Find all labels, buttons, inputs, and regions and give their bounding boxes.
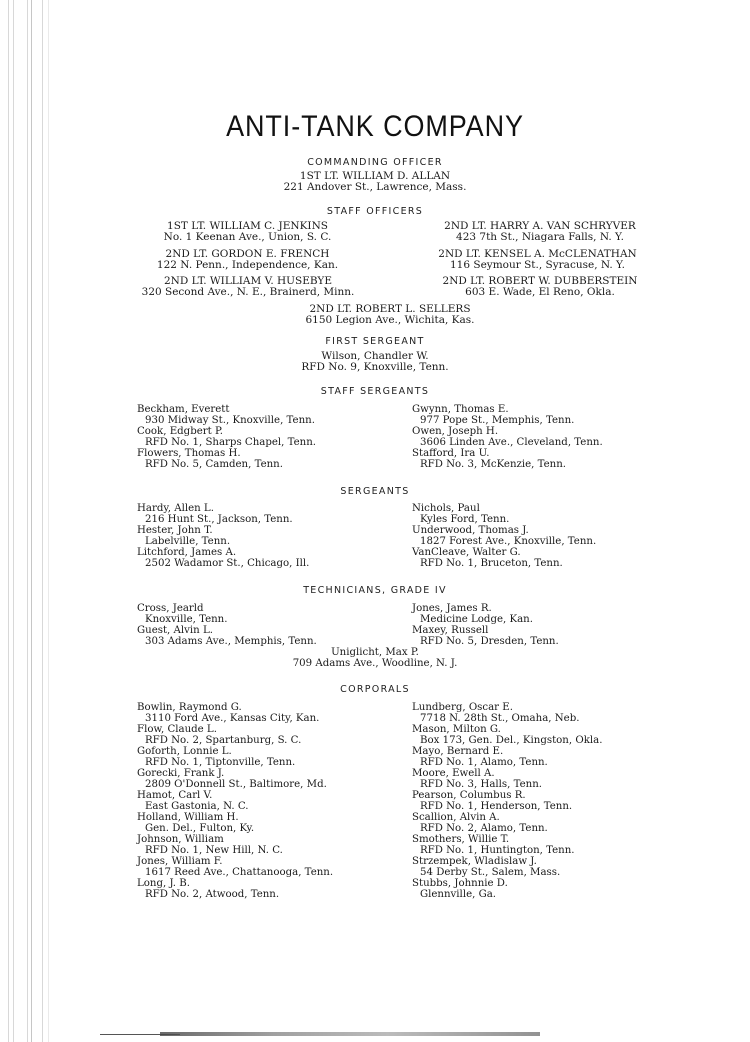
person-address: Labelville, Tenn. xyxy=(137,536,309,547)
person-name: Jones, William F. xyxy=(137,856,333,867)
person-address: 54 Derby St., Salem, Mass. xyxy=(412,867,602,878)
roster-entry: Owen, Joseph H.3606 Linden Ave., Clevela… xyxy=(412,426,603,448)
person-name: Holland, William H. xyxy=(137,812,333,823)
roster-entry: Holland, William H.Gen. Del., Fulton, Ky… xyxy=(137,812,333,834)
roster-entry: Mason, Milton G.Box 173, Gen. Del., King… xyxy=(412,724,602,746)
roster-entry: Hester, John T.Labelville, Tenn. xyxy=(137,525,309,547)
person-name: Guest, Alvin L. xyxy=(137,625,317,636)
staff-officer: 2ND LT. ROBERT W. DUBBERSTEIN 603 E. Wad… xyxy=(405,276,675,298)
person-address: 2809 O'Donnell St., Baltimore, Md. xyxy=(137,779,333,790)
person-name: Uniglicht, Max P. xyxy=(0,647,750,658)
person-address: East Gastonia, N. C. xyxy=(137,801,333,812)
person-address: Glennville, Ga. xyxy=(412,889,602,900)
person-name: Owen, Joseph H. xyxy=(412,426,603,437)
staff-officer: 2ND LT. KENSEL A. McCLENATHAN 116 Seymou… xyxy=(400,249,675,271)
officer-address: 122 N. Penn., Independence, Kan. xyxy=(130,260,365,271)
person-name: Hardy, Allen L. xyxy=(137,503,309,514)
person-name: Moore, Ewell A. xyxy=(412,768,602,779)
person-address: RFD No. 1, Bruceton, Tenn. xyxy=(412,558,596,569)
roster-entry: Gwynn, Thomas E.977 Pope St., Memphis, T… xyxy=(412,404,603,426)
roster-entry: Gorecki, Frank J.2809 O'Donnell St., Bal… xyxy=(137,768,333,790)
roster-entry: Scallion, Alvin A.RFD No. 2, Alamo, Tenn… xyxy=(412,812,602,834)
person-address: RFD No. 1, Huntington, Tenn. xyxy=(412,845,602,856)
person-address: 977 Pope St., Memphis, Tenn. xyxy=(412,415,603,426)
person-address: RFD No. 3, Halls, Tenn. xyxy=(412,779,602,790)
staff-officer: 1ST LT. WILLIAM C. JENKINS No. 1 Keenan … xyxy=(140,221,355,243)
roster-entry: Hardy, Allen L.216 Hunt St., Jackson, Te… xyxy=(137,503,309,525)
person-name: Smothers, Willie T. xyxy=(412,834,602,845)
technicians-right-column: Jones, James R.Medicine Lodge, Kan. Maxe… xyxy=(412,603,559,647)
staff-officer: 2ND LT. ROBERT L. SELLERS 6150 Legion Av… xyxy=(0,304,750,326)
person-address: Box 173, Gen. Del., Kingston, Okla. xyxy=(412,735,602,746)
person-name: Litchford, James A. xyxy=(137,547,309,558)
person-address: 709 Adams Ave., Woodline, N. J. xyxy=(0,658,750,669)
roster-entry: Smothers, Willie T.RFD No. 1, Huntington… xyxy=(412,834,602,856)
person-address: RFD No. 1, Tiptonville, Tenn. xyxy=(137,757,333,768)
officer-address: 221 Andover St., Lawrence, Mass. xyxy=(0,182,750,193)
roster-entry: Cross, JearldKnoxville, Tenn. xyxy=(137,603,317,625)
officer-address: 320 Second Ave., N. E., Brainerd, Minn. xyxy=(128,287,368,298)
roster-entry: Beckham, Everett930 Midway St., Knoxvill… xyxy=(137,404,316,426)
person-name: Cook, Edgbert P. xyxy=(137,426,316,437)
section-heading-corporals: CORPORALS xyxy=(0,684,750,695)
person-name: Mason, Milton G. xyxy=(412,724,602,735)
corporals-right-column: Lundberg, Oscar E.7718 N. 28th St., Omah… xyxy=(412,702,602,900)
roster-entry: Pearson, Columbus R.RFD No. 1, Henderson… xyxy=(412,790,602,812)
staff-sergeants-right-column: Gwynn, Thomas E.977 Pope St., Memphis, T… xyxy=(412,404,603,470)
person-address: RFD No. 9, Knoxville, Tenn. xyxy=(0,362,750,373)
person-address: RFD No. 2, Spartanburg, S. C. xyxy=(137,735,333,746)
person-name: Maxey, Russell xyxy=(412,625,559,636)
person-name: VanCleave, Walter G. xyxy=(412,547,596,558)
person-name: Stafford, Ira U. xyxy=(412,448,603,459)
officer-address: 6150 Legion Ave., Wichita, Kas. xyxy=(0,315,750,326)
person-address: Kyles Ford, Tenn. xyxy=(412,514,596,525)
person-address: 2502 Wadamor St., Chicago, Ill. xyxy=(137,558,309,569)
person-name: Underwood, Thomas J. xyxy=(412,525,596,536)
roster-entry: VanCleave, Walter G.RFD No. 1, Bruceton,… xyxy=(412,547,596,569)
person-name: Gorecki, Frank J. xyxy=(137,768,333,779)
technician-center-entry: Uniglicht, Max P. 709 Adams Ave., Woodli… xyxy=(0,647,750,669)
roster-entry: Mayo, Bernard E.RFD No. 1, Alamo, Tenn. xyxy=(412,746,602,768)
person-address: RFD No. 5, Camden, Tenn. xyxy=(137,459,316,470)
roster-entry: Guest, Alvin L.303 Adams Ave., Memphis, … xyxy=(137,625,317,647)
roster-entry: Flow, Claude L.RFD No. 2, Spartanburg, S… xyxy=(137,724,333,746)
roster-entry: Johnson, WilliamRFD No. 1, New Hill, N. … xyxy=(137,834,333,856)
page-title: ANTI-TANK COMPANY xyxy=(38,110,713,144)
person-address: 216 Hunt St., Jackson, Tenn. xyxy=(137,514,309,525)
person-name: Stubbs, Johnnie D. xyxy=(412,878,602,889)
roster-entry: Maxey, RussellRFD No. 5, Dresden, Tenn. xyxy=(412,625,559,647)
section-heading-first-sergeant: FIRST SERGEANT xyxy=(0,336,750,347)
officer-address: 423 7th St., Niagara Falls, N. Y. xyxy=(405,232,675,243)
person-name: Pearson, Columbus R. xyxy=(412,790,602,801)
staff-officer: 2ND LT. HARRY A. VAN SCHRYVER 423 7th St… xyxy=(405,221,675,243)
person-address: 3606 Linden Ave., Cleveland, Tenn. xyxy=(412,437,603,448)
person-address: 7718 N. 28th St., Omaha, Neb. xyxy=(412,713,602,724)
roster-entry: Stafford, Ira U.RFD No. 3, McKenzie, Ten… xyxy=(412,448,603,470)
person-name: Goforth, Lonnie L. xyxy=(137,746,333,757)
staff-officer: 2ND LT. GORDON E. FRENCH 122 N. Penn., I… xyxy=(130,249,365,271)
roster-entry: Litchford, James A.2502 Wadamor St., Chi… xyxy=(137,547,309,569)
roster-entry: Bowlin, Raymond G.3110 Ford Ave., Kansas… xyxy=(137,702,333,724)
officer-address: No. 1 Keenan Ave., Union, S. C. xyxy=(140,232,355,243)
corporals-left-column: Bowlin, Raymond G.3110 Ford Ave., Kansas… xyxy=(137,702,333,900)
officer-address: 116 Seymour St., Syracuse, N. Y. xyxy=(400,260,675,271)
person-address: RFD No. 5, Dresden, Tenn. xyxy=(412,636,559,647)
person-address: RFD No. 2, Alamo, Tenn. xyxy=(412,823,602,834)
section-heading-commanding-officer: COMMANDING OFFICER xyxy=(0,157,750,168)
person-name: Long, J. B. xyxy=(137,878,333,889)
technicians-left-column: Cross, JearldKnoxville, Tenn. Guest, Alv… xyxy=(137,603,317,647)
roster-entry: Jones, James R.Medicine Lodge, Kan. xyxy=(412,603,559,625)
person-address: Medicine Lodge, Kan. xyxy=(412,614,559,625)
person-address: 3110 Ford Ave., Kansas City, Kan. xyxy=(137,713,333,724)
roster-entry: Lundberg, Oscar E.7718 N. 28th St., Omah… xyxy=(412,702,602,724)
person-name: Flow, Claude L. xyxy=(137,724,333,735)
person-name: Hamot, Carl V. xyxy=(137,790,333,801)
person-name: Mayo, Bernard E. xyxy=(412,746,602,757)
roster-entry: Goforth, Lonnie L.RFD No. 1, Tiptonville… xyxy=(137,746,333,768)
person-address: 1827 Forest Ave., Knoxville, Tenn. xyxy=(412,536,596,547)
officer-address: 603 E. Wade, El Reno, Okla. xyxy=(405,287,675,298)
staff-sergeants-left-column: Beckham, Everett930 Midway St., Knoxvill… xyxy=(137,404,316,470)
person-address: 1617 Reed Ave., Chattanooga, Tenn. xyxy=(137,867,333,878)
person-address: RFD No. 2, Atwood, Tenn. xyxy=(137,889,333,900)
person-name: Lundberg, Oscar E. xyxy=(412,702,602,713)
person-address: RFD No. 3, McKenzie, Tenn. xyxy=(412,459,603,470)
roster-entry: Hamot, Carl V.East Gastonia, N. C. xyxy=(137,790,333,812)
section-heading-staff-officers: STAFF OFFICERS xyxy=(0,206,750,217)
person-address: Gen. Del., Fulton, Ky. xyxy=(137,823,333,834)
person-name: Bowlin, Raymond G. xyxy=(137,702,333,713)
roster-entry: Flowers, Thomas H.RFD No. 5, Camden, Ten… xyxy=(137,448,316,470)
person-address: Knoxville, Tenn. xyxy=(137,614,317,625)
section-heading-technicians: TECHNICIANS, GRADE IV xyxy=(0,585,750,596)
staff-officer: 2ND LT. WILLIAM V. HUSEBYE 320 Second Av… xyxy=(128,276,368,298)
roster-entry: Stubbs, Johnnie D.Glennville, Ga. xyxy=(412,878,602,900)
person-address: RFD No. 1, Alamo, Tenn. xyxy=(412,757,602,768)
person-address: RFD No. 1, Henderson, Tenn. xyxy=(412,801,602,812)
roster-entry: Long, J. B.RFD No. 2, Atwood, Tenn. xyxy=(137,878,333,900)
person-address: 930 Midway St., Knoxville, Tenn. xyxy=(137,415,316,426)
person-name: Jones, James R. xyxy=(412,603,559,614)
person-name: Strzempek, Wladislaw J. xyxy=(412,856,602,867)
person-address: RFD No. 1, Sharps Chapel, Tenn. xyxy=(137,437,316,448)
person-name: Flowers, Thomas H. xyxy=(137,448,316,459)
person-name: Beckham, Everett xyxy=(137,404,316,415)
person-name: Gwynn, Thomas E. xyxy=(412,404,603,415)
roster-entry: Moore, Ewell A.RFD No. 3, Halls, Tenn. xyxy=(412,768,602,790)
roster-entry: Cook, Edgbert P.RFD No. 1, Sharps Chapel… xyxy=(137,426,316,448)
person-name: Scallion, Alvin A. xyxy=(412,812,602,823)
roster-entry: Nichols, PaulKyles Ford, Tenn. xyxy=(412,503,596,525)
person-name: Hester, John T. xyxy=(137,525,309,536)
section-heading-staff-sergeants: STAFF SERGEANTS xyxy=(0,386,750,397)
person-address: RFD No. 1, New Hill, N. C. xyxy=(137,845,333,856)
person-name: Nichols, Paul xyxy=(412,503,596,514)
bottom-edge-shadow xyxy=(160,1032,540,1036)
sergeants-right-column: Nichols, PaulKyles Ford, Tenn. Underwood… xyxy=(412,503,596,569)
roster-entry: Strzempek, Wladislaw J.54 Derby St., Sal… xyxy=(412,856,602,878)
person-address: 303 Adams Ave., Memphis, Tenn. xyxy=(137,636,317,647)
person-name: Cross, Jearld xyxy=(137,603,317,614)
roster-entry: Jones, William F.1617 Reed Ave., Chattan… xyxy=(137,856,333,878)
roster-entry: Underwood, Thomas J.1827 Forest Ave., Kn… xyxy=(412,525,596,547)
person-name: Johnson, William xyxy=(137,834,333,845)
section-heading-sergeants: SERGEANTS xyxy=(0,486,750,497)
first-sergeant: Wilson, Chandler W. RFD No. 9, Knoxville… xyxy=(0,351,750,373)
sergeants-left-column: Hardy, Allen L.216 Hunt St., Jackson, Te… xyxy=(137,503,309,569)
commanding-officer: 1ST LT. WILLIAM D. ALLAN 221 Andover St.… xyxy=(0,171,750,193)
